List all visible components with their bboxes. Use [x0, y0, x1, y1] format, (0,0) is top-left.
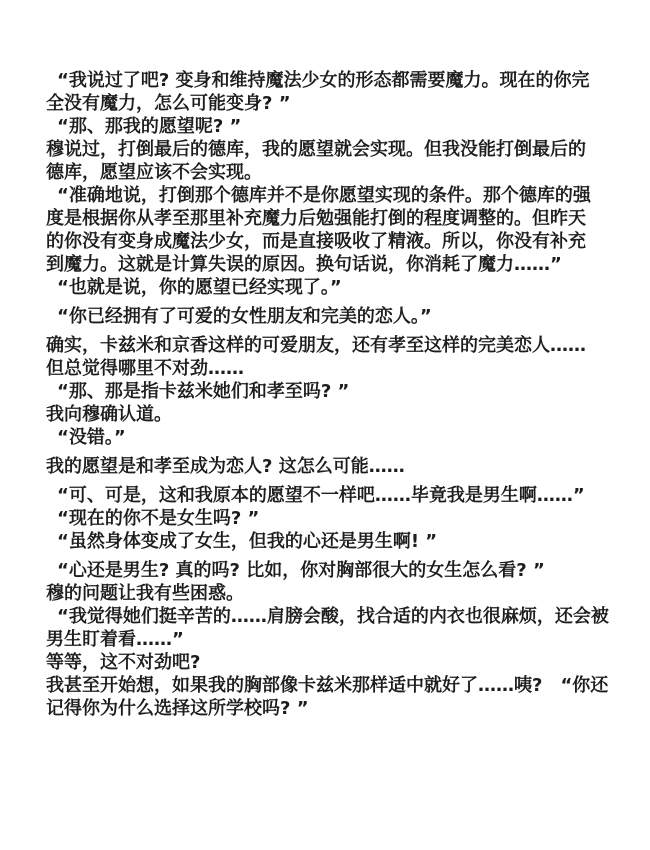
text-line: 我甚至开始想，如果我的胸部像卡兹米那样适中就好了……咦? “你还 — [46, 674, 612, 697]
text-line: 但总觉得哪里不对劲…… — [46, 357, 612, 380]
text-line: 度是根据你从孝至那里补充魔力后勉强能打倒的程度调整的。但昨天 — [46, 207, 612, 230]
text-line: “你已经拥有了可爱的女性朋友和完美的恋人。” — [46, 305, 612, 328]
text-line: “心还是男生? 真的吗? 比如，你对胸部很大的女生怎么看? ” — [46, 559, 612, 582]
text-line: 德库，愿望应该不会实现。 — [46, 161, 612, 184]
text-line: “虽然身体变成了女生，但我的心还是男生啊! ” — [46, 530, 612, 553]
text-line: 穆的问题让我有些困惑。 — [46, 582, 612, 605]
text-line: “可、可是，这和我原本的愿望不一样吧……毕竟我是男生啊……” — [46, 484, 612, 507]
text-line: “那、那是指卡兹米她们和孝至吗? ” — [46, 380, 612, 403]
text-line: “没错。” — [46, 426, 612, 449]
text-line: 穆说过，打倒最后的德库，我的愿望就会实现。但我没能打倒最后的 — [46, 138, 612, 161]
text-line: 到魔力。这就是计算失误的原因。换句话说，你消耗了魔力……” — [46, 253, 612, 276]
text-line: “我说过了吧? 变身和维持魔法少女的形态都需要魔力。现在的你完 — [46, 69, 612, 92]
text-line: “我觉得她们挺辛苦的……肩膀会酸，找合适的内衣也很麻烦，还会被 — [46, 605, 612, 628]
text-line: 全没有魔力，怎么可能变身? ” — [46, 92, 612, 115]
text-line: 我向穆确认道。 — [46, 403, 612, 426]
text-line: 的你没有变身成魔法少女，而是直接吸收了精液。所以，你没有补充 — [46, 230, 612, 253]
text-line: 等等，这不对劲吧? — [46, 651, 612, 674]
text-line: “准确地说，打倒那个德库并不是你愿望实现的条件。那个德库的强 — [46, 184, 612, 207]
text-line: “那、那我的愿望呢? ” — [46, 115, 612, 138]
text-line: “也就是说，你的愿望已经实现了。” — [46, 276, 612, 299]
text-line: 确实，卡兹米和京香这样的可爱朋友，还有孝至这样的完美恋人…… — [46, 334, 612, 357]
text-line: “现在的你不是女生吗? ” — [46, 507, 612, 530]
text-content: “我说过了吧? 变身和维持魔法少女的形态都需要魔力。现在的你完全没有魔力，怎么可… — [46, 69, 612, 720]
text-line: 我的愿望是和孝至成为恋人? 这怎么可能…… — [46, 455, 612, 478]
novel-page: “我说过了吧? 变身和维持魔法少女的形态都需要魔力。现在的你完全没有魔力，怎么可… — [0, 0, 650, 850]
text-line: 男生盯着看……” — [46, 628, 612, 651]
text-line: 记得你为什么选择这所学校吗? ” — [46, 697, 612, 720]
